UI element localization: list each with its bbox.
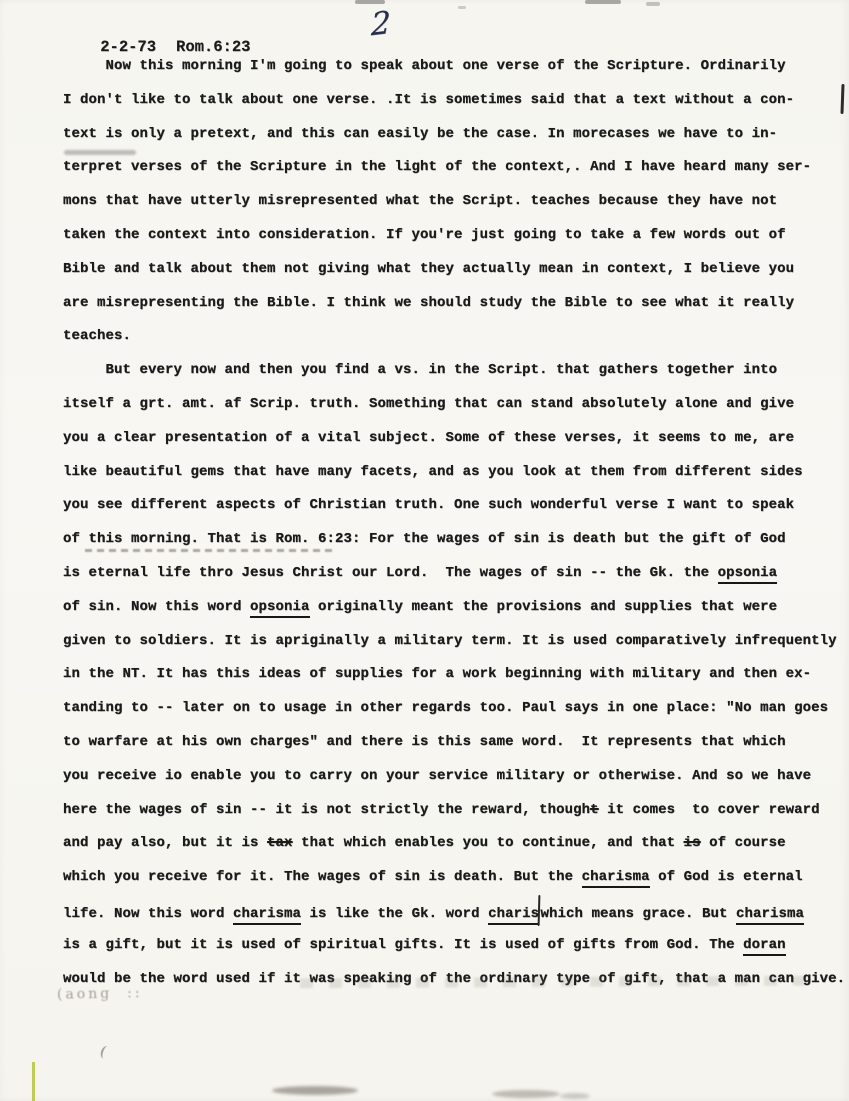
typed-text: of sin. Now this word: [63, 599, 250, 615]
typed-text: which you receive for it. The wages of s…: [63, 869, 582, 885]
typed-text: in the NT. It has this ideas of supplies…: [63, 666, 811, 682]
typed-line: terpret verses of the Scripture in the l…: [63, 151, 845, 185]
typed-text: terpret verses of the Scripture in the l…: [63, 159, 811, 175]
typed-line: here the wages of sin -- it is not stric…: [63, 794, 845, 828]
typed-text: given to soldiers. It is apriginally a m…: [63, 633, 837, 649]
underlined-word: opsonia: [718, 565, 778, 584]
typed-line: mons that have utterly misrepresented wh…: [63, 185, 845, 219]
typed-text: originally meant the provisions and supp…: [310, 599, 778, 615]
typed-text: Now this morning I'm going to speak abou…: [63, 58, 786, 74]
typed-line: are misrepresenting the Bible. I think w…: [63, 287, 845, 321]
ink-bleed-mark: [64, 150, 136, 155]
struck-out-text: tax: [267, 835, 293, 851]
typed-line: you receive io enable you to carry on yo…: [63, 760, 845, 794]
typed-text: is eternal life thro Jesus Christ our Lo…: [63, 565, 718, 581]
typed-line: Bible and talk about them not giving wha…: [63, 253, 845, 287]
typed-line: given to soldiers. It is apriginally a m…: [63, 625, 845, 659]
top-edge-smudge: [646, 2, 660, 6]
typed-text: tanding to -- later on to usage in other…: [63, 700, 828, 716]
typed-text-body: Now this morning I'm going to speak abou…: [63, 50, 845, 996]
typed-line: of sin. Now this word opsonia originally…: [63, 591, 845, 625]
pencil-squiggle-mark: [99, 1045, 112, 1060]
struck-out-text: is: [684, 835, 701, 851]
top-edge-smudge: [355, 0, 385, 4]
typed-line: to warfare at his own charges" and there…: [63, 726, 845, 760]
typed-text: are misrepresenting the Bible. I think w…: [63, 295, 794, 311]
typed-line: taken the context into consideration. If…: [63, 219, 845, 253]
underlined-word: opsonia: [250, 599, 310, 618]
typed-text: is a gift, but it is used of spiritual g…: [63, 937, 743, 953]
typed-line: in the NT. It has this ideas of supplies…: [63, 658, 845, 692]
bottom-smudge: [492, 1090, 560, 1098]
typed-text: like beautiful gems that have many facet…: [63, 464, 803, 480]
typed-text: of God is eternal: [650, 869, 803, 885]
typed-text: here the wages of sin -- it is not stric…: [63, 802, 590, 818]
struck-out-text: t: [590, 802, 599, 818]
typed-line: is a gift, but it is used of spiritual g…: [63, 929, 845, 963]
typed-text: you receive io enable you to carry on yo…: [63, 768, 811, 784]
typed-line: you a clear presentation of a vital subj…: [63, 422, 845, 456]
typed-text: you see different aspects of Christian t…: [63, 497, 794, 513]
typed-text: to warfare at his own charges" and there…: [63, 734, 786, 750]
green-margin-line: [32, 1062, 35, 1101]
typed-line: tanding to -- later on to usage in other…: [63, 692, 845, 726]
typed-line: like beautiful gems that have many facet…: [63, 456, 845, 490]
typed-text: itself a grt. amt. af Scrip. truth. Some…: [63, 396, 794, 412]
typed-text: and pay also, but it is: [63, 835, 267, 851]
typed-line: Now this morning I'm going to speak abou…: [63, 50, 845, 84]
typed-line: life. Now this word charisma is like the…: [63, 895, 845, 929]
bottom-smudge: [272, 1086, 358, 1095]
faint-pencil-note: (aong ::: [57, 985, 143, 1002]
typed-line: text is only a pretext, and this can eas…: [63, 118, 845, 152]
typed-text: you a clear presentation of a vital subj…: [63, 430, 794, 446]
underlined-word: charisma: [233, 906, 301, 925]
typed-line: I don't like to talk about one verse. .I…: [63, 84, 845, 118]
underlined-word: charisma: [736, 906, 804, 925]
underlined-word: doran: [743, 937, 786, 956]
top-edge-smudge: [458, 6, 466, 9]
typed-text: which means grace. But: [540, 906, 736, 922]
typed-text: text is only a pretext, and this can eas…: [63, 126, 777, 142]
typed-text: of course: [701, 835, 786, 851]
typed-text: it comes to cover reward: [599, 802, 820, 818]
typed-text: But every now and then you find a vs. in…: [63, 362, 777, 378]
scanned-sermon-page: 2-2-73Rom.6:23 2 Now this morning I'm go…: [0, 0, 849, 1101]
typed-text: of this morning. That is Rom. 6:23: For …: [63, 531, 786, 547]
typed-line: which you receive for it. The wages of s…: [63, 861, 845, 895]
typed-text: life. Now this word: [63, 906, 233, 922]
typed-line: you see different aspects of Christian t…: [63, 489, 845, 523]
handwritten-page-number: 2: [371, 5, 391, 44]
typed-text: mons that have utterly misrepresented wh…: [63, 193, 777, 209]
typed-line: is eternal life thro Jesus Christ our Lo…: [63, 557, 845, 591]
underlined-word: charis: [488, 906, 539, 925]
typed-line: But every now and then you find a vs. in…: [63, 354, 845, 388]
typed-text: is like the Gk. word: [301, 906, 488, 922]
typed-line: teaches.: [63, 320, 845, 354]
top-edge-smudge: [585, 0, 621, 4]
typed-text: taken the context into consideration. If…: [63, 227, 786, 243]
bottom-smudge: [560, 1093, 590, 1099]
faint-dashed-underline: [85, 549, 337, 552]
typed-line: itself a grt. amt. af Scrip. truth. Some…: [63, 388, 845, 422]
typed-text: I don't like to talk about one verse. .I…: [63, 92, 794, 108]
typed-text: teaches.: [63, 328, 131, 344]
underlined-word: charisma: [582, 869, 650, 888]
typed-line: and pay also, but it is tax that which e…: [63, 827, 845, 861]
typed-text: that which enables you to continue, and …: [293, 835, 684, 851]
typed-text: Bible and talk about them not giving wha…: [63, 261, 794, 277]
